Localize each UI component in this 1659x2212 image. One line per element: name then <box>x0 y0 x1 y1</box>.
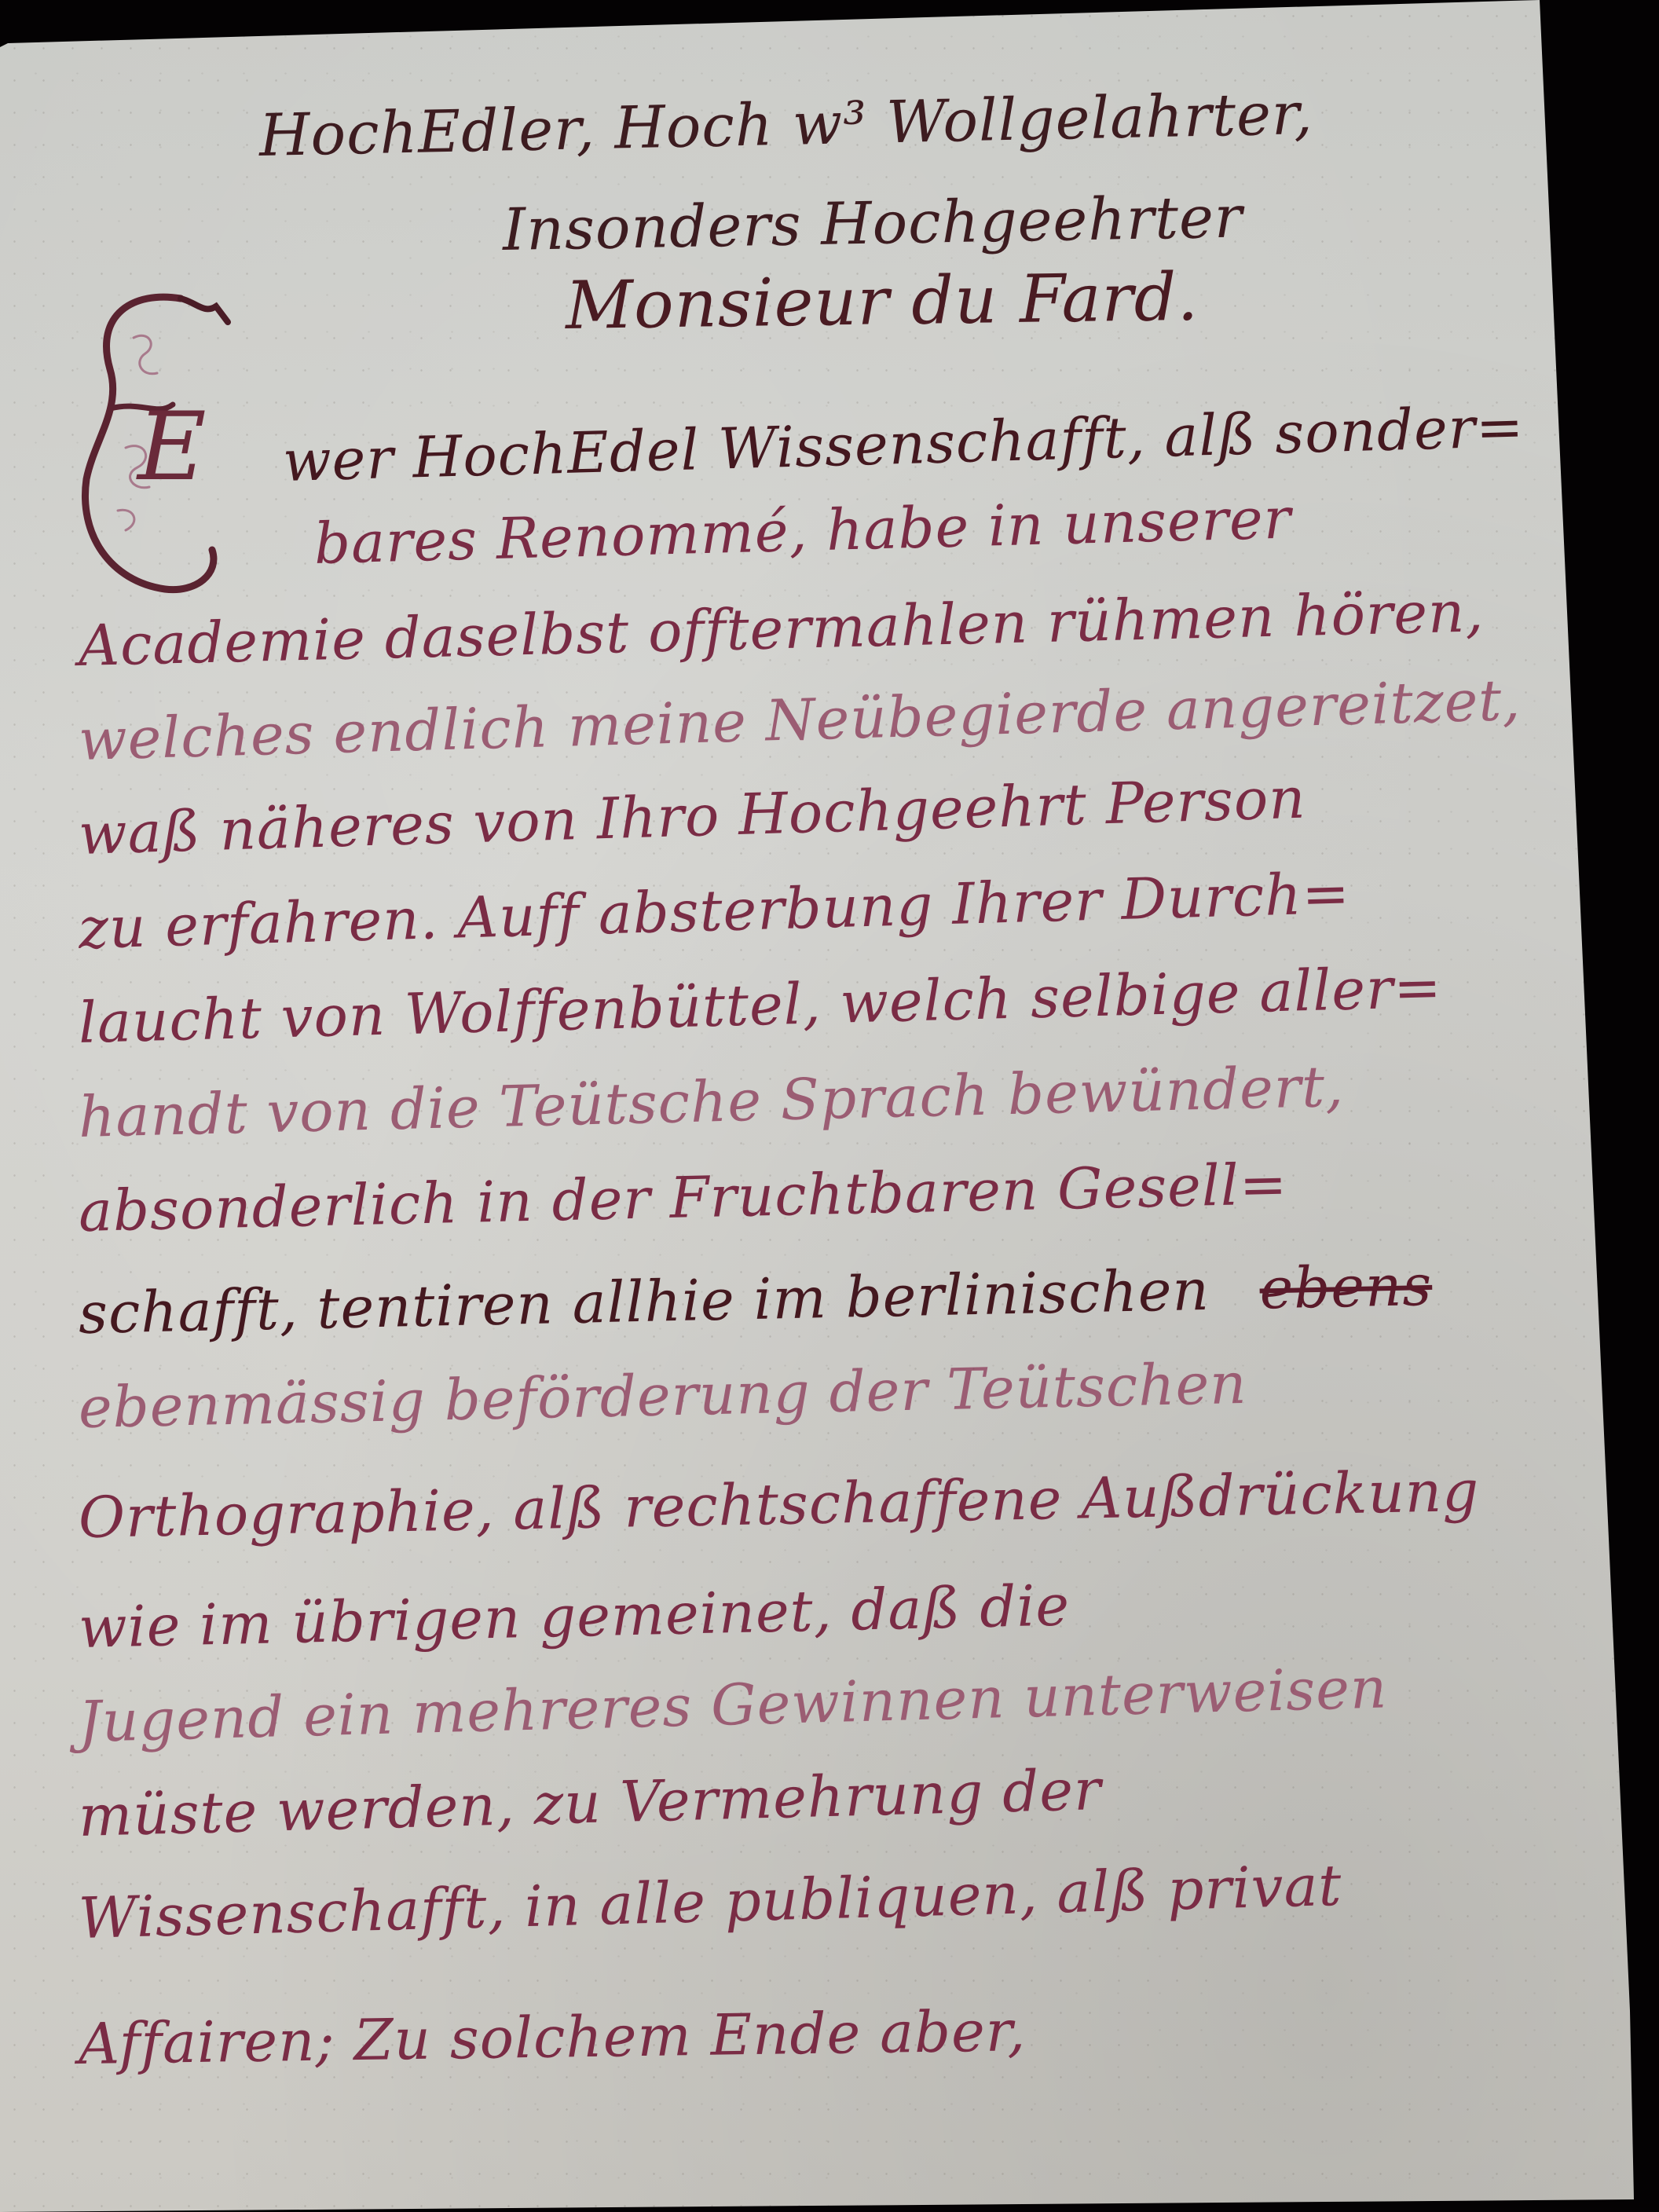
decorative-initial-e-icon: E <box>63 283 236 613</box>
body-line-7: laucht von Wolffenbüttel, welch selbige … <box>78 954 1443 1056</box>
body-line-15: müste werden, zu Vermehrung der <box>78 1756 1102 1849</box>
body-line-12: Orthographie, alß rechtschaffene Außdrüc… <box>78 1458 1480 1551</box>
body-line-8: handt von die Teütsche Sprach bewündert, <box>78 1053 1345 1150</box>
body-line-5: waß näheres von Ihro Hochgeehrt Person <box>78 765 1307 867</box>
salutation-line-2: Insonders Hochgeehrter <box>502 184 1243 264</box>
body-line-14: Jugend ein mehreres Gewinnen unterweisen <box>78 1654 1388 1755</box>
body-line-4: welches endlich meine Neübegierde angere… <box>78 667 1522 773</box>
letter-page: HochEdler, Hoch w³ Wollgelahrter, Insond… <box>0 0 1659 2212</box>
salutation-line-1: HochEdler, Hoch w³ Wollgelahrter, <box>258 80 1313 170</box>
body-line-10: schafft, tentiren allhie im berlinischen… <box>78 1252 1433 1346</box>
body-line-11: ebenmässig beförderung der Teütschen <box>78 1350 1247 1441</box>
body-line-3: Academie daselbst offtermahlen rühmen hö… <box>78 578 1485 679</box>
initial-letter: E <box>136 393 207 502</box>
body-line-9: absonderlich in der Fruchtbaren Gesell= <box>78 1151 1288 1244</box>
body-line-2: bares Renommé, habe in unserer <box>313 485 1292 577</box>
body-line-6: zu erfahren. Auff absterbung Ihrer Durch… <box>78 860 1351 961</box>
body-line-17: Affairen; Zu solchem Ende aber, <box>78 1998 1026 2077</box>
struck-out-word: ebens <box>1259 1252 1433 1322</box>
addressee-line: Monsieur du Fard. <box>565 258 1199 344</box>
body-line-16: Wissenschafft, in alle publiquen, alß pr… <box>78 1852 1342 1951</box>
body-line-13: wie im übrigen gemeinet, daß die <box>78 1572 1071 1661</box>
body-line-2-text: bares Renommé, habe in unserer <box>313 485 1292 577</box>
body-line-10-text: schafft, tentiren allhie im berlinischen <box>78 1257 1210 1346</box>
body-line-1: wer HochEdel Wissenschafft, alß sonder= <box>282 394 1525 494</box>
